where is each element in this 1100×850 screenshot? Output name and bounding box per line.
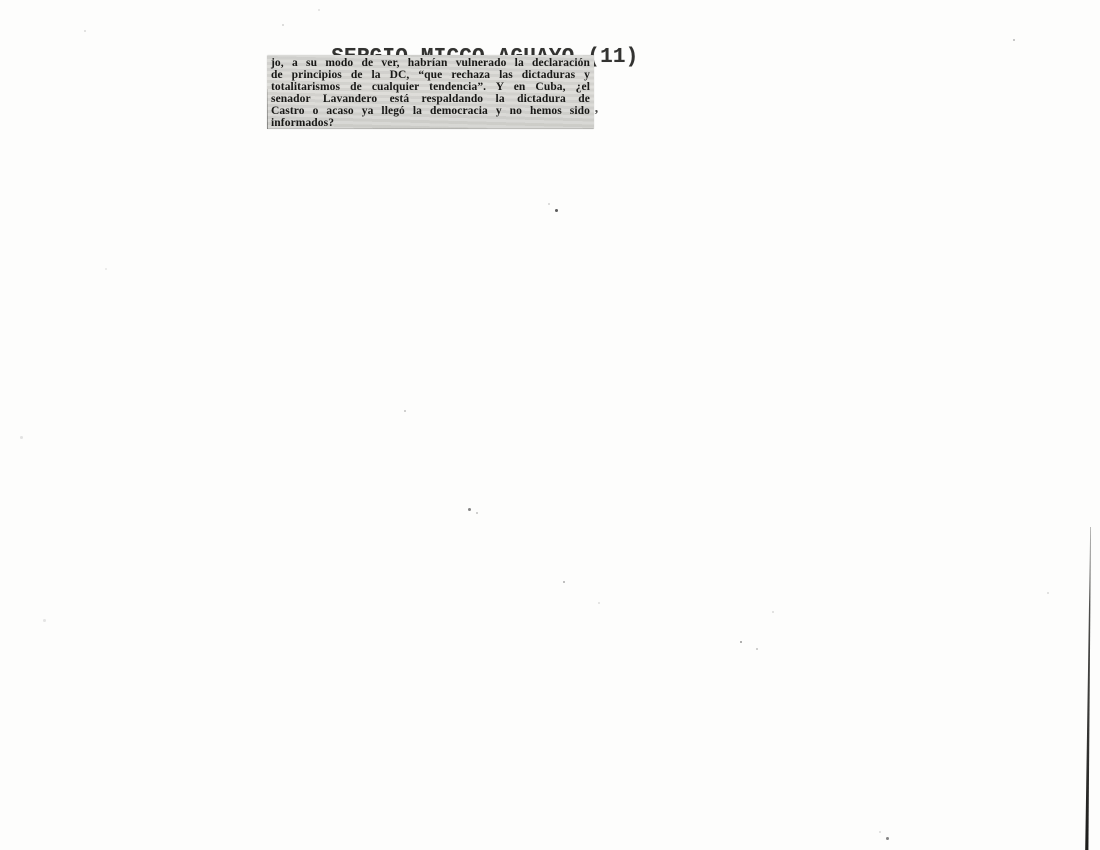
clipping-left-edge — [267, 89, 268, 129]
clipping-line: jo, a su modo de ver, habrían vulnerado … — [271, 57, 590, 69]
scan-speck — [105, 268, 107, 270]
scan-speck — [84, 30, 86, 32]
scratch-line — [1085, 527, 1091, 850]
scan-speck — [1047, 592, 1049, 594]
scan-speck — [563, 581, 565, 583]
scan-speck — [318, 9, 320, 11]
scan-speck — [468, 508, 471, 511]
scan-speck — [555, 209, 558, 212]
stray-ink-mark: ’ — [594, 108, 599, 124]
scan-speck — [772, 611, 774, 613]
scanned-document-page: SERGIO MICCO AGUAYO (11) jo, a su modo d… — [0, 0, 1100, 850]
scan-speck — [756, 648, 758, 650]
scan-speck — [740, 641, 742, 643]
scan-speck — [20, 436, 23, 439]
scan-speck — [879, 831, 881, 833]
clipping-line: Castro o acaso ya llegó la democracia y … — [271, 105, 590, 117]
clipping-line: senador Lavandero está respaldando la di… — [271, 93, 590, 105]
scan-speck — [476, 512, 478, 514]
clipping-line-last: informados? — [271, 117, 590, 129]
scan-speck — [598, 602, 600, 604]
scan-speck — [886, 837, 889, 840]
clipping-line: de principios de la DC, “que rechaza las… — [271, 69, 590, 81]
scan-speck — [548, 203, 550, 205]
scan-speck — [282, 24, 284, 26]
clipping-line: totalitarismos de cualquier tendencia”. … — [271, 81, 590, 93]
scan-speck — [43, 619, 46, 622]
scan-speck — [404, 410, 406, 412]
newspaper-clipping: jo, a su modo de ver, habrían vulnerado … — [267, 55, 594, 129]
scan-speck — [1013, 39, 1015, 41]
